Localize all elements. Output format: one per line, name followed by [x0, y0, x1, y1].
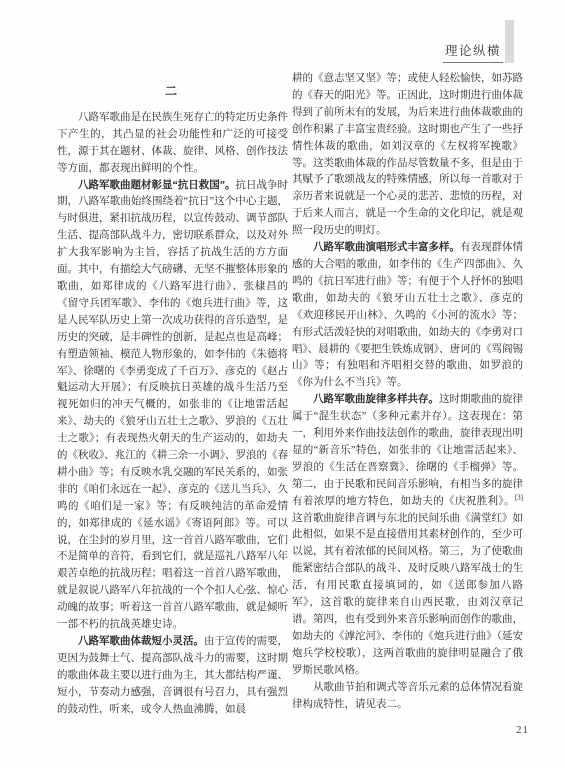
- paragraph-text: 抗日战争时期，八路军歌曲始终围绕着“抗日”这个中心主题，与时俱进，紧扣抗战历程，…: [57, 180, 288, 631]
- paragraph-text: 从歌曲节拍和调式等音乐元素的总体情况看旋律构成特性，请见表二。: [292, 682, 523, 710]
- paragraph: 八路军歌曲题材彰显“抗日救国”。抗日战争时期，八路军歌曲始终围绕着“抗日”这个中…: [57, 178, 288, 634]
- paragraph: 八路军歌曲旋律多样共存。这时期歌曲的旋律属于“混生状态”（多种元素并存）。这表现…: [292, 392, 523, 679]
- paragraph-lead: 八路军歌曲旋律多样共存。: [313, 394, 439, 405]
- paragraph-text: 有表现群体情感的大合唱的歌曲，如李伟的《生产四部曲》、久鸣的《抗日军进行曲》等；…: [292, 242, 523, 388]
- paragraph: 从歌曲节拍和调式等音乐元素的总体情况看旋律构成特性，请见表二。: [292, 680, 523, 714]
- paragraph-lead: 二: [165, 84, 180, 98]
- page-number: 21: [516, 724, 529, 736]
- paragraph: 耕的《意志坚又坚》等；或使人轻松愉快，如苏路的《春天的阳光》等。正因此，这时期进…: [292, 71, 523, 240]
- column-header-label: 理论纵横: [443, 41, 503, 63]
- paragraph-lead: 八路军歌曲体裁短小灵活。: [78, 636, 204, 647]
- header-accent-bar: [505, 20, 514, 63]
- paragraph-text: 八路军歌曲是在民族生死存亡的特定历史条件下产生的，其凸显的社会功能性和广泛的可接…: [57, 112, 288, 174]
- document-page: 理论纵横 二八路军歌曲是在民族生死存亡的特定历史条件下产生的，其凸显的社会功能性…: [0, 0, 565, 768]
- right-text-column: 耕的《意志坚又坚》等；或使人轻松愉快，如苏路的《春天的阳光》等。正因此，这时期进…: [292, 71, 523, 713]
- paragraph: 八路军歌曲体裁短小灵活。由于宣传的需要，更因为鼓舞士气、提高部队战斗力的需要，这…: [57, 634, 288, 719]
- left-text-column: 二八路军歌曲是在民族生死存亡的特定历史条件下产生的，其凸显的社会功能性和广泛的可…: [57, 83, 288, 719]
- paragraph-lead: 八路军歌曲题材彰显“抗日救国”。: [78, 180, 236, 191]
- paragraph-text: 耕的《意志坚又坚》等；或使人轻松愉快，如苏路的《春天的阳光》等。正因此，这时期进…: [292, 73, 523, 236]
- paragraph-text: 由于宣传的需要，更因为鼓舞士气、提高部队战斗力的需要，这时期的歌曲体裁主要以进行…: [57, 636, 288, 715]
- footnote-ref: [3]: [515, 493, 523, 501]
- paragraph-text: 这时期歌曲的旋律属于“混生状态”（多种元素并存）。这表现在：第一，利用外来作曲技…: [292, 394, 523, 506]
- paragraph-text: 这首歌曲旋律音调与东北的民间乐曲《满堂红》如此相似，如果不是直接借用其素材创作的…: [292, 513, 523, 676]
- paragraph: 八路军歌曲是在民族生死存亡的特定历史条件下产生的，其凸显的社会功能性和广泛的可接…: [57, 110, 288, 178]
- paragraph: 八路军歌曲演唱形式丰富多样。有表现群体情感的大合唱的歌曲，如李伟的《生产四部曲》…: [292, 240, 523, 392]
- paragraph-lead: 八路军歌曲演唱形式丰富多样。: [313, 242, 460, 253]
- section-heading: 二: [57, 83, 288, 100]
